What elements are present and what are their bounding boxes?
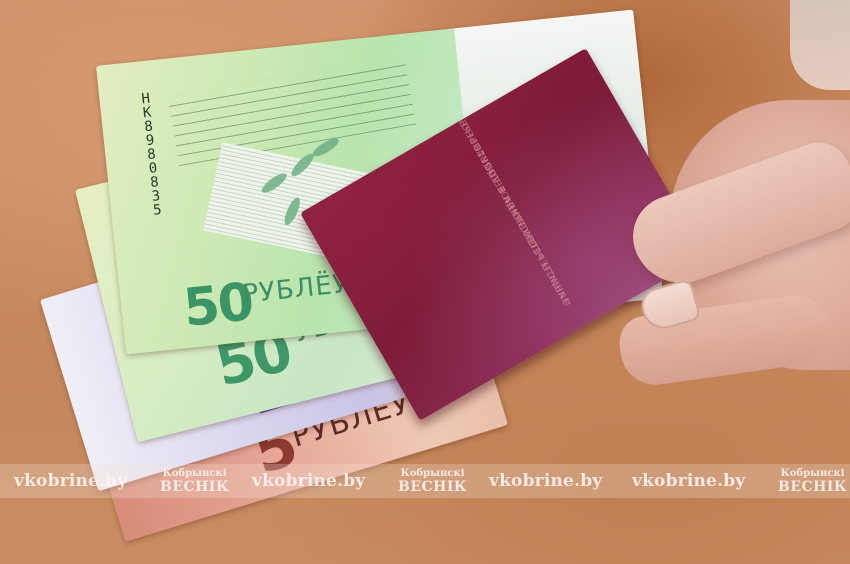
watermark-logo-line1: Кобрынскі — [163, 469, 227, 479]
watermark-url: vkobrine.by — [489, 464, 602, 498]
watermark-logo: Кобрынскі ВЕСНІК — [398, 464, 467, 498]
watermark-band: vkobrine.by Кобрынскі ВЕСНІК vkobrine.by… — [0, 464, 850, 498]
watermark-logo-line1: Кобрынскі — [401, 469, 465, 479]
watermark-url: vkobrine.by — [252, 464, 365, 498]
watermark-logo: Кобрынскі ВЕСНІК — [778, 464, 847, 498]
doc-emboss-line-3: ЗАЩИТЫ РЕСПУБЛИКИ БЕЛАРУСЬ — [458, 122, 582, 326]
watermark-logo-line2: ВЕСНІК — [160, 480, 229, 494]
watermark-logo-line2: ВЕСНІК — [778, 480, 847, 494]
watermark-url: vkobrine.by — [14, 464, 127, 498]
hand — [620, 60, 850, 380]
watermark-url: vkobrine.by — [632, 464, 745, 498]
photo-scene: 5 РУБЛЁЎ ВК2... 10 РУБЛЁЎ 50 РУБЛЁЎ НК89… — [0, 0, 850, 564]
note-50a-word: РУБЛЁЎ — [241, 271, 350, 308]
watermark-logo-line2: ВЕСНІК — [398, 480, 467, 494]
note-50a-serial: НК8980835 — [137, 90, 166, 217]
watermark-logo: Кобрынскі ВЕСНІК — [160, 464, 229, 498]
music-staff-graphic — [167, 55, 416, 166]
watermark-logo-line1: Кобрынскі — [781, 469, 845, 479]
